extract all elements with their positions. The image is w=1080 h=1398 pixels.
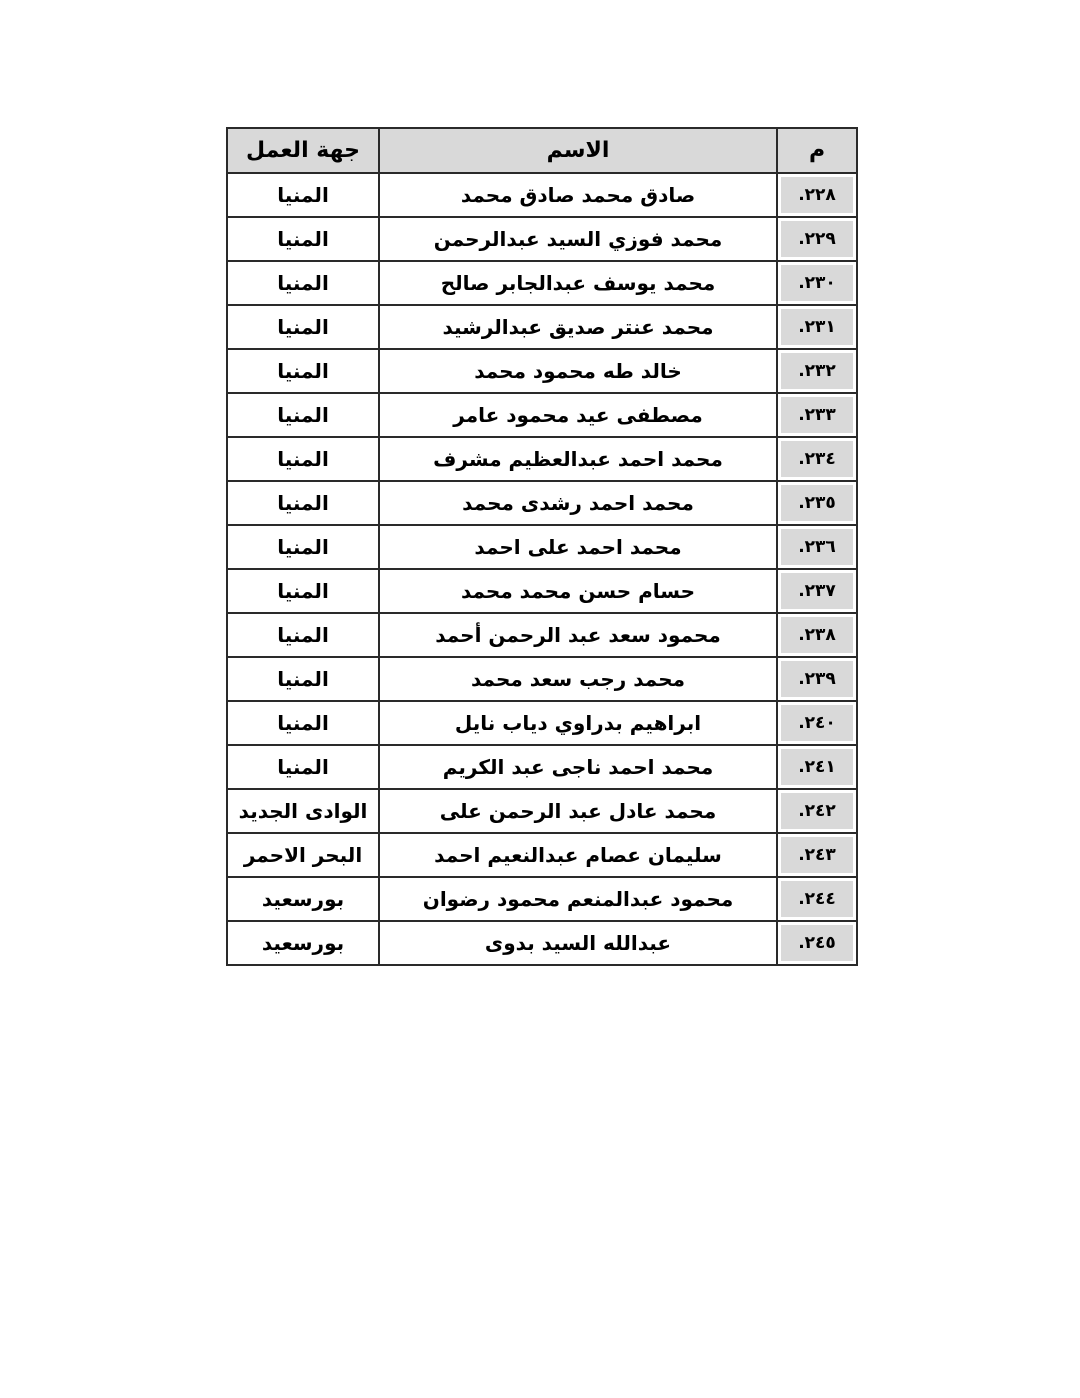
table-row: ٢٣٧.حسام حسن محمد محمدالمنيا (227, 569, 857, 613)
serial-cell: ٢٤١. (777, 745, 857, 789)
serial-cell: ٢٣٥. (777, 481, 857, 525)
table-row: ٢٤٠.ابراهيم بدراوي دياب نايلالمنيا (227, 701, 857, 745)
workplace-cell: البحر الاحمر (227, 833, 379, 877)
serial-cell: ٢٣٠. (777, 261, 857, 305)
name-cell: محمد احمد رشدى محمد (379, 481, 777, 525)
workplace-cell: المنيا (227, 437, 379, 481)
name-cell: محمد احمد على احمد (379, 525, 777, 569)
header-name: الاسم (379, 128, 777, 173)
workplace-cell: المنيا (227, 701, 379, 745)
name-cell: محمد احمد ناجى عبد الكريم (379, 745, 777, 789)
table-row: ٢٤٣.سليمان عصام عبدالنعيم احمدالبحر الاح… (227, 833, 857, 877)
serial-cell: ٢٢٨. (777, 173, 857, 217)
name-cell: محمود سعد عبد الرحمن أحمد (379, 613, 777, 657)
table-row: ٢٢٨.صادق محمد صادق محمدالمنيا (227, 173, 857, 217)
name-cell: ابراهيم بدراوي دياب نايل (379, 701, 777, 745)
serial-cell: ٢٤٣. (777, 833, 857, 877)
workplace-cell: بورسعيد (227, 877, 379, 921)
serial-cell: ٢٤٢. (777, 789, 857, 833)
table-row: ٢٣٢.خالد طه محمود محمدالمنيا (227, 349, 857, 393)
name-cell: محمد عادل عبد الرحمن على (379, 789, 777, 833)
name-cell: محمد فوزي السيد عبدالرحمن (379, 217, 777, 261)
serial-cell: ٢٣١. (777, 305, 857, 349)
table-row: ٢٤٥.عبدالله السيد بدوىبورسعيد (227, 921, 857, 965)
table-row: ٢٣٦.محمد احمد على احمدالمنيا (227, 525, 857, 569)
table-row: ٢٣٨.محمود سعد عبد الرحمن أحمدالمنيا (227, 613, 857, 657)
header-workplace: جهة العمل (227, 128, 379, 173)
document-page: م الاسم جهة العمل ٢٢٨.صادق محمد صادق محم… (0, 0, 1080, 1398)
name-cell: خالد طه محمود محمد (379, 349, 777, 393)
workplace-cell: المنيا (227, 349, 379, 393)
workplace-cell: المنيا (227, 657, 379, 701)
table-row: ٢٣١.محمد عنتر صديق عبدالرشيدالمنيا (227, 305, 857, 349)
name-cell: صادق محمد صادق محمد (379, 173, 777, 217)
name-cell: حسام حسن محمد محمد (379, 569, 777, 613)
serial-cell: ٢٢٩. (777, 217, 857, 261)
table-row: ٢٤١.محمد احمد ناجى عبد الكريمالمنيا (227, 745, 857, 789)
workplace-cell: الوادى الجديد (227, 789, 379, 833)
table-row: ٢٣٥.محمد احمد رشدى محمدالمنيا (227, 481, 857, 525)
name-cell: سليمان عصام عبدالنعيم احمد (379, 833, 777, 877)
table-row: ٢٢٩.محمد فوزي السيد عبدالرحمنالمنيا (227, 217, 857, 261)
name-cell: محمود عبدالمنعم محمود رضوان (379, 877, 777, 921)
table-row: ٢٣٤.محمد احمد عبدالعظيم مشرفالمنيا (227, 437, 857, 481)
name-cell: عبدالله السيد بدوى (379, 921, 777, 965)
table-row: ٢٤٢.محمد عادل عبد الرحمن علىالوادى الجدي… (227, 789, 857, 833)
workplace-cell: المنيا (227, 525, 379, 569)
workplace-cell: المنيا (227, 569, 379, 613)
header-serial: م (777, 128, 857, 173)
serial-cell: ٢٤٥. (777, 921, 857, 965)
name-cell: محمد يوسف عبدالجابر صالح (379, 261, 777, 305)
table-row: ٢٣٠.محمد يوسف عبدالجابر صالحالمنيا (227, 261, 857, 305)
workplace-cell: المنيا (227, 393, 379, 437)
workplace-cell: المنيا (227, 173, 379, 217)
workplace-cell: المنيا (227, 613, 379, 657)
serial-cell: ٢٤٠. (777, 701, 857, 745)
serial-cell: ٢٣٤. (777, 437, 857, 481)
workplace-cell: المنيا (227, 481, 379, 525)
workplace-cell: المنيا (227, 261, 379, 305)
serial-cell: ٢٣٢. (777, 349, 857, 393)
serial-cell: ٢٣٧. (777, 569, 857, 613)
header-row: م الاسم جهة العمل (227, 128, 857, 173)
table-row: ٢٣٣.مصطفى عيد محمود عامرالمنيا (227, 393, 857, 437)
name-cell: محمد احمد عبدالعظيم مشرف (379, 437, 777, 481)
name-cell: مصطفى عيد محمود عامر (379, 393, 777, 437)
name-cell: محمد عنتر صديق عبدالرشيد (379, 305, 777, 349)
workplace-cell: بورسعيد (227, 921, 379, 965)
workplace-cell: المنيا (227, 745, 379, 789)
serial-cell: ٢٣٨. (777, 613, 857, 657)
roster-table-container: م الاسم جهة العمل ٢٢٨.صادق محمد صادق محم… (228, 127, 858, 966)
serial-cell: ٢٣٦. (777, 525, 857, 569)
table-row: ٢٤٤.محمود عبدالمنعم محمود رضوانبورسعيد (227, 877, 857, 921)
serial-cell: ٢٣٩. (777, 657, 857, 701)
workplace-cell: المنيا (227, 217, 379, 261)
name-cell: محمد رجب سعد محمد (379, 657, 777, 701)
roster-table: م الاسم جهة العمل ٢٢٨.صادق محمد صادق محم… (226, 127, 858, 966)
serial-cell: ٢٣٣. (777, 393, 857, 437)
serial-cell: ٢٤٤. (777, 877, 857, 921)
table-row: ٢٣٩.محمد رجب سعد محمدالمنيا (227, 657, 857, 701)
workplace-cell: المنيا (227, 305, 379, 349)
